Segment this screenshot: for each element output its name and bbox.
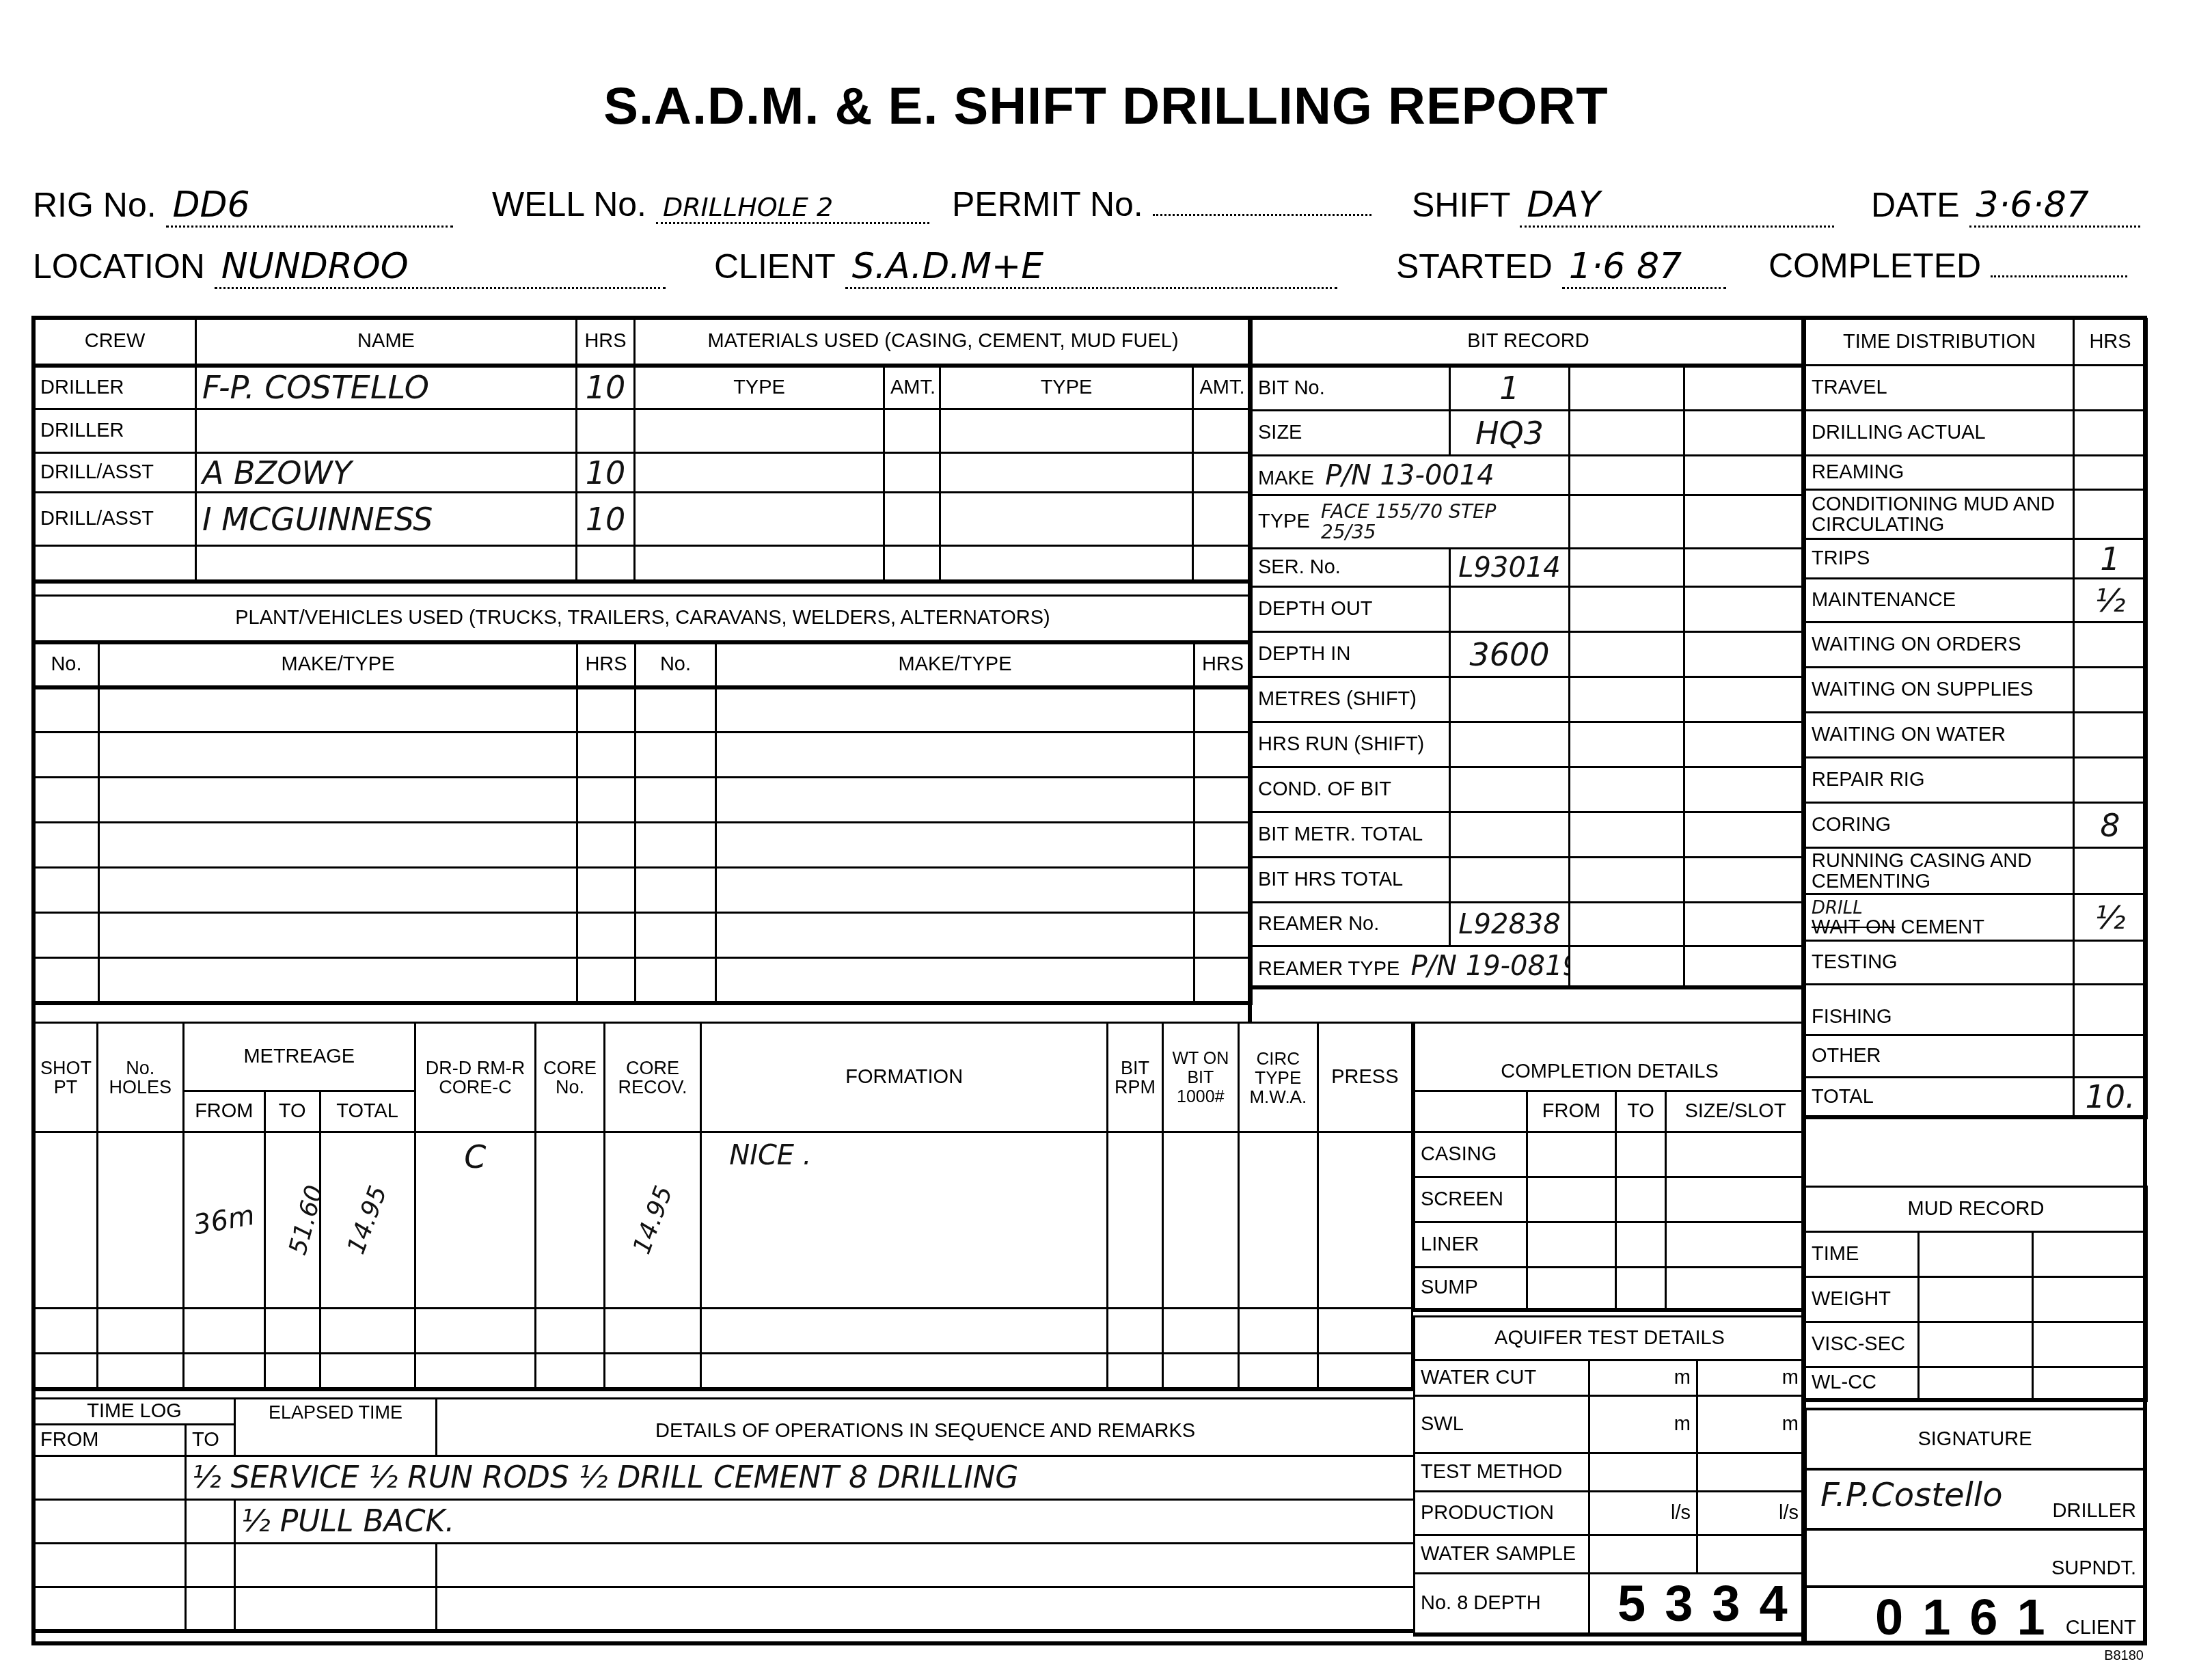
- plant-cell[interactable]: [1194, 778, 1252, 823]
- material-cell[interactable]: [1193, 453, 1252, 493]
- wt-on-bit-header: WT ON BIT 1000#: [1162, 1023, 1238, 1132]
- plant-cell[interactable]: [716, 778, 1194, 823]
- time-hrs-field[interactable]: ½: [2074, 579, 2147, 623]
- completion-label: LINER: [1415, 1222, 1527, 1268]
- press-header: PRESS: [1317, 1023, 1412, 1132]
- bit-cell[interactable]: [1684, 858, 1805, 903]
- permit-no-field[interactable]: PERMIT No.: [952, 184, 1371, 224]
- mud-cell[interactable]: [2033, 1277, 2147, 1322]
- time-log-header: TIME LOG: [34, 1399, 235, 1425]
- metreage-cell[interactable]: [1162, 1132, 1238, 1309]
- bit-cell[interactable]: [1570, 812, 1684, 858]
- well-no-field[interactable]: WELL No. DRILLHOLE 2: [492, 184, 929, 224]
- location-field[interactable]: LOCATION NUNDROO: [33, 246, 666, 289]
- plant-cell[interactable]: [577, 868, 636, 913]
- completion-cell[interactable]: [1666, 1132, 1805, 1177]
- time-total: 10.: [2085, 1078, 2135, 1115]
- time-label: TRAVEL: [1805, 366, 2074, 411]
- metreage-cell[interactable]: [320, 1309, 415, 1354]
- bit-cell[interactable]: [1570, 632, 1684, 677]
- metreage-cell[interactable]: [264, 1354, 320, 1389]
- material-cell[interactable]: [940, 409, 1193, 453]
- completed-field[interactable]: COMPLETED: [1769, 246, 2127, 286]
- plant-cell[interactable]: [1194, 868, 1252, 913]
- metreage-table: SHOT PT No. HOLES METREAGE DR-D RM-R COR…: [33, 1022, 1413, 1391]
- client-value[interactable]: S.A.D.M+E: [845, 246, 1337, 289]
- bit-value-field[interactable]: HQ3: [1450, 411, 1570, 456]
- shift-field[interactable]: SHIFT DAY: [1412, 184, 1834, 228]
- mud-cell[interactable]: [1919, 1322, 2033, 1367]
- remarks-line-field[interactable]: ½ SERVICE ½ RUN RODS ½ DRILL CEMENT 8 DR…: [186, 1456, 1415, 1500]
- date-label: DATE: [1871, 185, 1960, 225]
- bit-cell[interactable]: [1570, 946, 1684, 987]
- material-cell[interactable]: [635, 453, 884, 493]
- rig-no-value[interactable]: DD6: [166, 184, 453, 228]
- crew-hrs-field[interactable]: 10: [577, 453, 635, 493]
- plant-cell[interactable]: [34, 868, 99, 913]
- plant-cell[interactable]: [99, 958, 577, 1003]
- plant-cell[interactable]: [99, 778, 577, 823]
- permit-no-value[interactable]: [1153, 214, 1371, 216]
- bit-value-field[interactable]: [1450, 812, 1570, 858]
- formation-field[interactable]: NICE .: [701, 1132, 1108, 1309]
- metreage-cell[interactable]: [1238, 1354, 1317, 1389]
- time-hrs-field[interactable]: [2074, 713, 2147, 758]
- time-hrs-field[interactable]: [2074, 941, 2147, 985]
- metreage-cell[interactable]: [701, 1309, 1108, 1354]
- material-cell[interactable]: [635, 493, 884, 546]
- circ-type-header: CIRC TYPE M.W.A.: [1238, 1023, 1317, 1132]
- plant-cell[interactable]: [577, 687, 636, 733]
- metreage-cell[interactable]: [264, 1309, 320, 1354]
- bit-value-field[interactable]: 1: [1450, 366, 1570, 411]
- aquifer-field[interactable]: m: [1697, 1396, 1805, 1453]
- time-log-to-field[interactable]: [186, 1500, 235, 1544]
- material-amt-header: AMT.: [1193, 366, 1252, 409]
- bit-cell[interactable]: [1684, 903, 1805, 946]
- plant-cell[interactable]: [636, 913, 716, 958]
- bit-value-field[interactable]: [1450, 858, 1570, 903]
- time-label: WAITING ON WATER: [1805, 713, 2074, 758]
- time-label: REAMING: [1805, 456, 2074, 490]
- material-type-header: TYPE: [635, 366, 884, 409]
- time-distribution-title: TIME DISTRIBUTION: [1805, 319, 2074, 366]
- bit-cell[interactable]: [1684, 366, 1805, 411]
- time-log-from-field[interactable]: [34, 1456, 186, 1500]
- bit-value-field[interactable]: [1450, 677, 1570, 722]
- metreage-cell[interactable]: [605, 1309, 701, 1354]
- bit-cell[interactable]: [1570, 587, 1684, 632]
- mud-cell[interactable]: [1919, 1232, 2033, 1277]
- time-label: WAITING ON ORDERS: [1805, 623, 2074, 668]
- completion-to-header: TO: [1616, 1091, 1666, 1132]
- crew-name-field[interactable]: A BZOWY: [196, 453, 577, 493]
- material-cell[interactable]: [884, 453, 940, 493]
- details-header: DETAILS OF OPERATIONS IN SEQUENCE AND RE…: [437, 1399, 1415, 1456]
- core-no-field[interactable]: [536, 1132, 605, 1309]
- aquifer-field[interactable]: l/s: [1697, 1492, 1805, 1535]
- aquifer-field[interactable]: l/s: [1589, 1492, 1697, 1535]
- time-log-table: TIME LOG ELAPSED TIME DETAILS OF OPERATI…: [33, 1397, 1415, 1633]
- metreage-total-field[interactable]: 14.95: [320, 1132, 415, 1309]
- time-label: RUNNING CASING AND CEMENTING: [1805, 848, 2074, 894]
- metreage-cell[interactable]: [97, 1132, 183, 1309]
- bit-cell[interactable]: [1684, 456, 1805, 495]
- plant-make-header: MAKE/TYPE: [99, 642, 577, 687]
- material-type-header: TYPE: [940, 366, 1193, 409]
- metreage-cell[interactable]: [97, 1354, 183, 1389]
- bit-cell[interactable]: [1684, 549, 1805, 587]
- material-cell[interactable]: [635, 546, 884, 582]
- time-hrs-field[interactable]: [2074, 758, 2147, 803]
- plant-cell[interactable]: [716, 868, 1194, 913]
- plant-cell[interactable]: [1194, 823, 1252, 868]
- started-field[interactable]: STARTED 1·6 87: [1396, 246, 1726, 289]
- crew-name-field[interactable]: [196, 409, 577, 453]
- completion-cell[interactable]: [1666, 1177, 1805, 1222]
- mud-cell[interactable]: [1919, 1367, 2033, 1400]
- crew-name-field[interactable]: [196, 546, 577, 582]
- completion-cell[interactable]: [1527, 1268, 1616, 1310]
- plant-cell[interactable]: [636, 823, 716, 868]
- reamer-type-field[interactable]: REAMER TYPE P/N 19-0819: [1252, 946, 1570, 987]
- completion-cell[interactable]: [1527, 1177, 1616, 1222]
- crew-materials-table: CREW NAME HRS MATERIALS USED (CASING, CE…: [33, 318, 1253, 584]
- completion-cell[interactable]: [1616, 1177, 1666, 1222]
- time-label: CORING: [1805, 803, 2074, 848]
- metreage-cell[interactable]: [1108, 1309, 1163, 1354]
- bit-value: HQ3: [1475, 415, 1544, 452]
- plant-cell[interactable]: [636, 778, 716, 823]
- metreage-cell[interactable]: [320, 1354, 415, 1389]
- plant-cell[interactable]: [1194, 958, 1252, 1003]
- metreage-cell[interactable]: [1317, 1354, 1412, 1389]
- aquifer-field[interactable]: [1589, 1453, 1697, 1492]
- aquifer-title: AQUIFER TEST DETAILS: [1415, 1317, 1805, 1361]
- crew-name: I MCGUINNESS: [202, 501, 433, 538]
- plant-cell[interactable]: [577, 733, 636, 778]
- crew-role: DRILLER: [34, 409, 196, 453]
- bit-label: REAMER No.: [1252, 903, 1450, 946]
- time-hrs-field[interactable]: 1: [2074, 539, 2147, 579]
- aquifer-field[interactable]: [1697, 1453, 1805, 1492]
- mud-cell[interactable]: [2033, 1322, 2147, 1367]
- mud-label: WEIGHT: [1805, 1277, 1919, 1322]
- bit-rpm-header: BIT RPM: [1108, 1023, 1163, 1132]
- bit-value: L92838: [1458, 909, 1561, 940]
- time-label: TESTING: [1805, 941, 2074, 985]
- plant-cell[interactable]: [34, 913, 99, 958]
- aquifer-unit: m: [1674, 1367, 1691, 1389]
- dr-header: DR-D RM-R CORE-C: [415, 1023, 535, 1132]
- time-log-from-field[interactable]: [34, 1500, 186, 1544]
- metreage-cell[interactable]: [536, 1354, 605, 1389]
- date-value[interactable]: 3·6·87: [1969, 184, 2140, 228]
- plant-cell[interactable]: [34, 778, 99, 823]
- metreage-cell[interactable]: [1162, 1309, 1238, 1354]
- time-hrs-field[interactable]: [2074, 623, 2147, 668]
- plant-cell[interactable]: [577, 958, 636, 1003]
- plant-cell[interactable]: [34, 823, 99, 868]
- mud-label: VISC-SEC: [1805, 1322, 1919, 1367]
- metreage-cell[interactable]: [415, 1309, 535, 1354]
- metreage-cell[interactable]: [605, 1354, 701, 1389]
- completion-cell[interactable]: [1616, 1222, 1666, 1268]
- bit-cell[interactable]: [1684, 677, 1805, 722]
- time-log-to-field[interactable]: [186, 1544, 235, 1587]
- completion-cell[interactable]: [1666, 1222, 1805, 1268]
- plant-cell[interactable]: [577, 913, 636, 958]
- time-total-field[interactable]: 10.: [2074, 1078, 2147, 1118]
- bit-cell[interactable]: [1570, 411, 1684, 456]
- bit-cell[interactable]: [1570, 767, 1684, 812]
- plant-cell[interactable]: [1194, 687, 1252, 733]
- started-value[interactable]: 1·6 87: [1562, 246, 1726, 289]
- plant-cell[interactable]: [34, 687, 99, 733]
- permit-no-label: PERMIT No.: [952, 184, 1143, 224]
- time-log-to-field[interactable]: [186, 1587, 235, 1631]
- metreage-cell[interactable]: [34, 1354, 98, 1389]
- aquifer-field[interactable]: m: [1697, 1361, 1805, 1396]
- crew-role: [34, 546, 196, 582]
- time-hrs-field[interactable]: [2074, 848, 2147, 894]
- well-no-value[interactable]: DRILLHOLE 2: [656, 192, 929, 224]
- plant-cell[interactable]: [34, 733, 99, 778]
- bit-cell[interactable]: [1684, 812, 1805, 858]
- location-value[interactable]: NUNDROO: [215, 246, 666, 289]
- material-cell[interactable]: [635, 409, 884, 453]
- bit-make-field[interactable]: MAKE P/N 13-0014: [1252, 456, 1570, 495]
- crew-name-field[interactable]: I MCGUINNESS: [196, 493, 577, 546]
- bit-value-field[interactable]: [1450, 587, 1570, 632]
- bit-cell[interactable]: [1684, 587, 1805, 632]
- plant-cell[interactable]: [577, 778, 636, 823]
- metreage-cell[interactable]: [1108, 1132, 1163, 1309]
- material-cell[interactable]: [884, 409, 940, 453]
- plant-cell[interactable]: [716, 733, 1194, 778]
- material-cell[interactable]: [884, 493, 940, 546]
- plant-cell[interactable]: [99, 823, 577, 868]
- bit-cell[interactable]: [1684, 946, 1805, 987]
- core-recov-field[interactable]: 14.95: [605, 1132, 701, 1309]
- remarks-line-field[interactable]: ½ PULL BACK.: [235, 1500, 1415, 1544]
- time-hrs-field[interactable]: [2074, 411, 2147, 456]
- no-holes-header: No. HOLES: [97, 1023, 183, 1132]
- time-hrs-field[interactable]: [2074, 668, 2147, 713]
- plant-hrs-header: HRS: [1194, 642, 1252, 687]
- completion-cell[interactable]: [1666, 1268, 1805, 1310]
- time-hrs-field[interactable]: [2074, 456, 2147, 490]
- rig-no-label: RIG No.: [33, 185, 156, 225]
- completion-cell[interactable]: [1527, 1132, 1616, 1177]
- remarks-line-field[interactable]: [437, 1587, 1415, 1631]
- material-cell[interactable]: [940, 493, 1193, 546]
- aquifer-field[interactable]: m: [1589, 1396, 1697, 1453]
- remarks-line-field[interactable]: [437, 1544, 1415, 1587]
- plant-cell[interactable]: [716, 958, 1194, 1003]
- signature-box: SIGNATURE F.P.Costello DRILLER SUPNDT. 0…: [1804, 1408, 2146, 1643]
- bit-cell[interactable]: [1684, 632, 1805, 677]
- plant-cell[interactable]: [99, 733, 577, 778]
- plant-cell[interactable]: [636, 733, 716, 778]
- bit-value: 3600: [1469, 636, 1549, 673]
- completed-label: COMPLETED: [1769, 246, 1981, 286]
- aquifer-field[interactable]: [1697, 1535, 1805, 1574]
- plant-cell[interactable]: [99, 868, 577, 913]
- plant-no-header: No.: [34, 642, 99, 687]
- time-hrs-field[interactable]: [2074, 1035, 2147, 1078]
- material-cell[interactable]: [940, 453, 1193, 493]
- client-field[interactable]: CLIENT S.A.D.M+E: [714, 246, 1337, 289]
- crew-name-field[interactable]: F-P. COSTELLO: [196, 366, 577, 409]
- bit-cell[interactable]: [1570, 903, 1684, 946]
- metreage-cell[interactable]: [1108, 1354, 1163, 1389]
- metreage-to-field[interactable]: 51.60: [264, 1132, 320, 1309]
- bit-label: MAKE: [1258, 467, 1314, 489]
- no8-depth-field[interactable]: 5334: [1589, 1574, 1805, 1635]
- remarks-line: ½ PULL BACK.: [241, 1504, 454, 1539]
- aquifer-label: WATER SAMPLE: [1415, 1535, 1589, 1574]
- aquifer-field[interactable]: [1589, 1535, 1697, 1574]
- metreage-cell[interactable]: [183, 1354, 264, 1389]
- rig-no-field[interactable]: RIG No. DD6: [33, 184, 453, 228]
- mud-cell[interactable]: [2033, 1367, 2147, 1400]
- bit-cell[interactable]: [1570, 366, 1684, 411]
- time-log-from-field[interactable]: [34, 1587, 186, 1631]
- time-hrs: ½: [2095, 899, 2126, 936]
- crew-role: DRILL/ASST: [34, 453, 196, 493]
- bit-cell[interactable]: [1570, 456, 1684, 495]
- mud-record-table: MUD RECORD TIME WEIGHT VISC-SEC WL-CC: [1804, 1186, 2148, 1402]
- metreage-cell[interactable]: [701, 1354, 1108, 1389]
- completion-cell[interactable]: [1527, 1222, 1616, 1268]
- bit-cell[interactable]: [1570, 677, 1684, 722]
- metreage-cell[interactable]: [1317, 1132, 1412, 1309]
- bit-label: BIT No.: [1252, 366, 1450, 411]
- shift-label: SHIFT: [1412, 185, 1510, 225]
- metreage-cell[interactable]: [183, 1309, 264, 1354]
- bit-value-field[interactable]: [1450, 722, 1570, 767]
- bit-cell[interactable]: [1570, 495, 1684, 549]
- bit-cell[interactable]: [1684, 722, 1805, 767]
- completion-cell[interactable]: [1616, 1132, 1666, 1177]
- crew-hrs-field[interactable]: 10: [577, 493, 635, 546]
- bit-value-field[interactable]: 3600: [1450, 632, 1570, 677]
- bit-value: FACE 155/70 STEP 25/35: [1321, 502, 1499, 543]
- metreage-cell[interactable]: [415, 1354, 535, 1389]
- plant-cell[interactable]: [636, 687, 716, 733]
- plant-cell[interactable]: [577, 823, 636, 868]
- elapsed-field[interactable]: [235, 1587, 437, 1631]
- supndt-signature-field[interactable]: SUPNDT.: [1807, 1531, 2143, 1588]
- elapsed-field[interactable]: [235, 1544, 437, 1587]
- bit-type-field[interactable]: TYPE FACE 155/70 STEP 25/35: [1252, 495, 1570, 549]
- bit-value-field[interactable]: [1450, 767, 1570, 812]
- time-hrs-field[interactable]: 8: [2074, 803, 2147, 848]
- time-log-from-field[interactable]: [34, 1544, 186, 1587]
- crew-hrs-field[interactable]: [577, 409, 635, 453]
- crew-hrs-field[interactable]: [577, 546, 635, 582]
- time-label: TRIPS: [1805, 539, 2074, 579]
- bit-cell[interactable]: [1570, 549, 1684, 587]
- bit-cell[interactable]: [1684, 411, 1805, 456]
- bit-cell[interactable]: [1570, 722, 1684, 767]
- completed-value[interactable]: [1991, 275, 2127, 277]
- crew-hrs-field[interactable]: 10: [577, 366, 635, 409]
- plant-cell[interactable]: [636, 868, 716, 913]
- formation-value: NICE .: [729, 1140, 811, 1171]
- bit-cell[interactable]: [1570, 858, 1684, 903]
- metreage-cell[interactable]: [1162, 1354, 1238, 1389]
- dr-field[interactable]: C: [415, 1132, 535, 1309]
- time-hrs-field[interactable]: ½: [2074, 894, 2147, 941]
- aquifer-field[interactable]: m: [1589, 1361, 1697, 1396]
- elapsed-time-header: ELAPSED TIME: [235, 1399, 437, 1456]
- plant-cell[interactable]: [636, 958, 716, 1003]
- metreage-cell[interactable]: [1317, 1309, 1412, 1354]
- plant-cell[interactable]: [34, 958, 99, 1003]
- plant-cell[interactable]: [1194, 733, 1252, 778]
- client-signature-field[interactable]: 0161 CLIENT: [1807, 1588, 2143, 1646]
- time-hrs-field[interactable]: [2074, 985, 2147, 1035]
- metreage-from-field[interactable]: 36m: [183, 1132, 264, 1309]
- material-cell[interactable]: [1193, 546, 1252, 582]
- material-cell[interactable]: [940, 546, 1193, 582]
- mud-cell[interactable]: [2033, 1232, 2147, 1277]
- no8-depth-stamp: 5334: [1617, 1575, 1805, 1632]
- material-cell[interactable]: [1193, 409, 1252, 453]
- bit-cell[interactable]: [1684, 495, 1805, 549]
- bit-value-field[interactable]: L93014: [1450, 549, 1570, 587]
- bit-label: COND. OF BIT: [1252, 767, 1450, 812]
- bit-label: SER. No.: [1252, 549, 1450, 587]
- completion-cell[interactable]: [1616, 1268, 1666, 1310]
- plant-cell[interactable]: [716, 913, 1194, 958]
- time-hrs: 1: [2100, 541, 2120, 577]
- material-cell[interactable]: [1193, 493, 1252, 546]
- metreage-cell[interactable]: [97, 1309, 183, 1354]
- metreage-cell[interactable]: [1238, 1132, 1317, 1309]
- plant-cell[interactable]: [716, 687, 1194, 733]
- completion-label: CASING: [1415, 1132, 1527, 1177]
- plant-cell[interactable]: [99, 687, 577, 733]
- time-hrs-field[interactable]: [2074, 490, 2147, 539]
- plant-cell[interactable]: [716, 823, 1194, 868]
- mud-label: WL-CC: [1805, 1367, 1919, 1400]
- hrs-header: HRS: [577, 319, 635, 366]
- metreage-from: 36m: [191, 1199, 257, 1241]
- driller-signature-field[interactable]: F.P.Costello DRILLER: [1807, 1471, 2143, 1531]
- time-hrs-header: HRS: [2074, 319, 2147, 366]
- shift-value[interactable]: DAY: [1520, 184, 1834, 228]
- crew-role: DRILL/ASST: [34, 493, 196, 546]
- crew-role: DRILLER: [34, 366, 196, 409]
- date-field[interactable]: DATE 3·6·87: [1871, 184, 2140, 228]
- bit-value: P/N 13-0014: [1325, 460, 1494, 491]
- mud-cell[interactable]: [1919, 1277, 2033, 1322]
- bit-value-field[interactable]: L92838: [1450, 903, 1570, 946]
- bit-cell[interactable]: [1684, 767, 1805, 812]
- metreage-cell[interactable]: [1238, 1309, 1317, 1354]
- plant-cell[interactable]: [1194, 913, 1252, 958]
- time-hrs-field[interactable]: [2074, 366, 2147, 411]
- metreage-cell[interactable]: [34, 1132, 98, 1309]
- metreage-cell[interactable]: [34, 1309, 98, 1354]
- metreage-cell[interactable]: [536, 1309, 605, 1354]
- plant-cell[interactable]: [99, 913, 577, 958]
- bit-label: REAMER TYPE: [1258, 958, 1399, 980]
- material-cell[interactable]: [884, 546, 940, 582]
